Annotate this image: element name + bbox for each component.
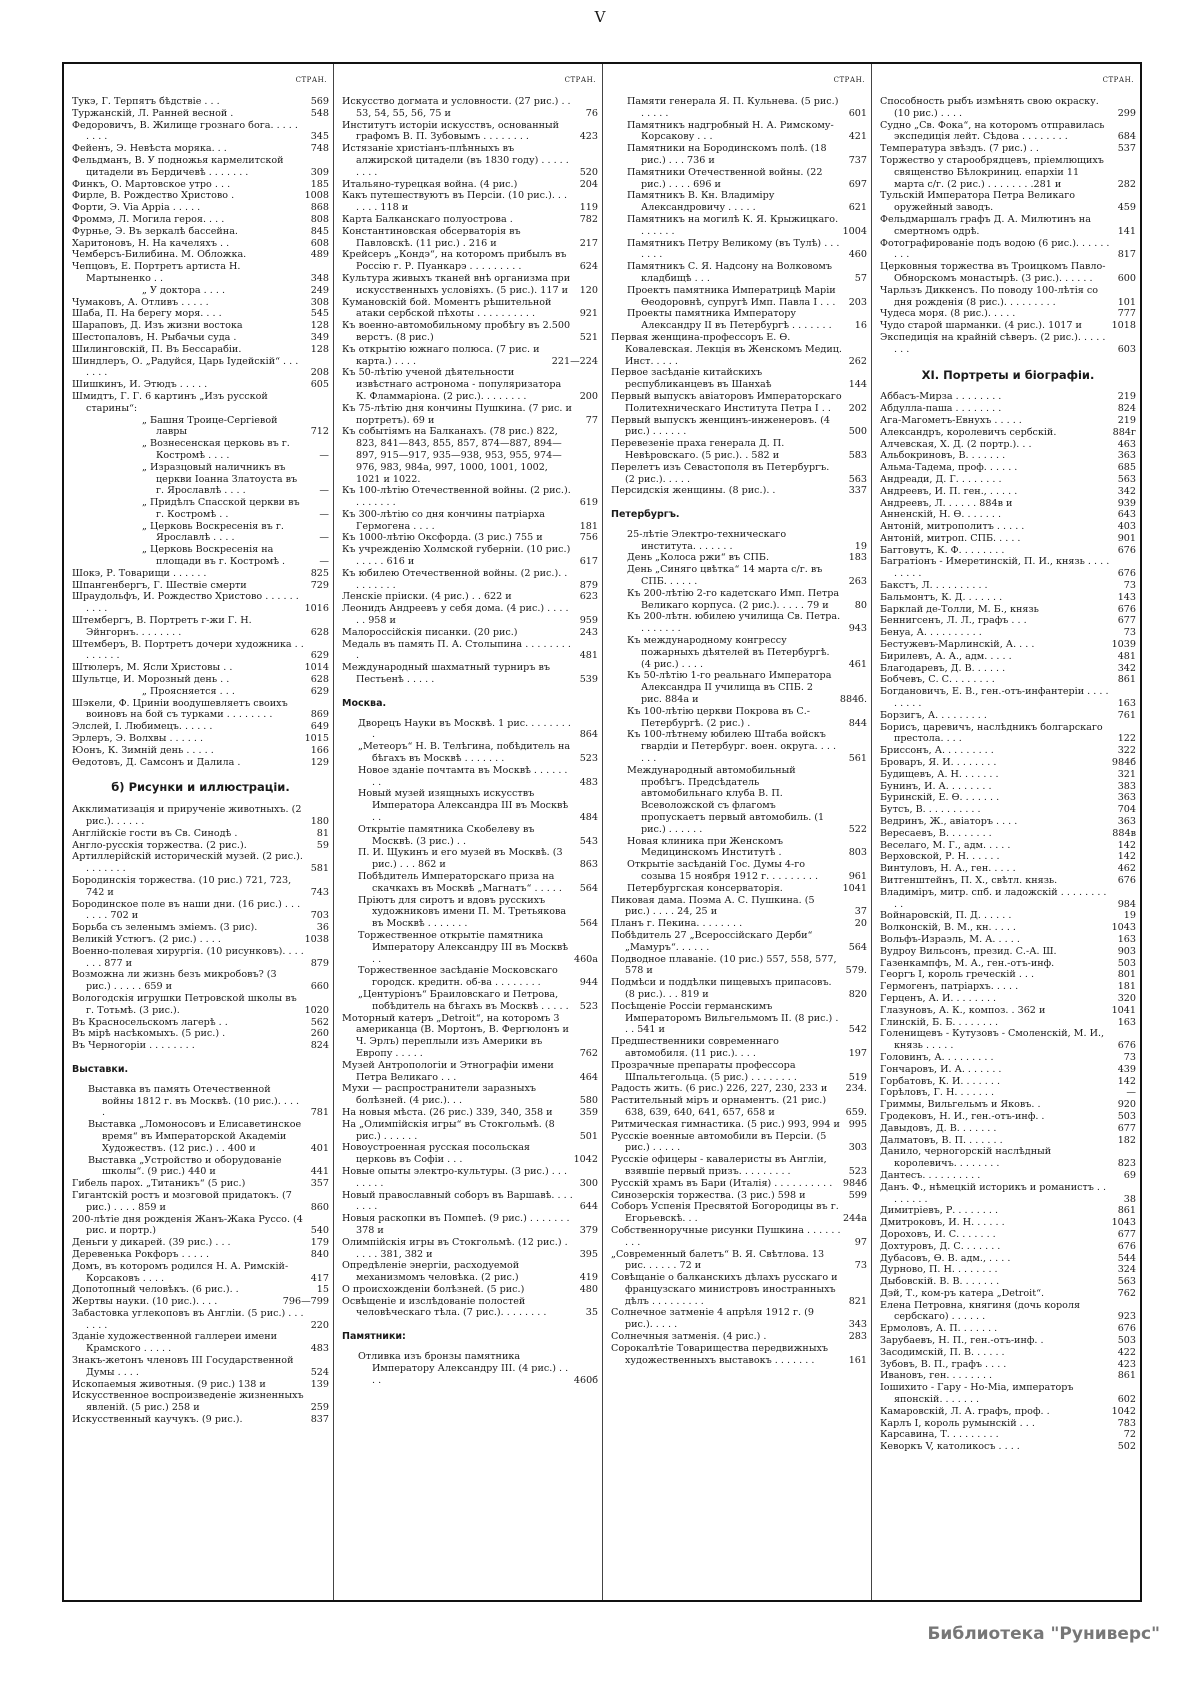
entry-page-ref: 522 — [842, 824, 867, 836]
entry-title: Экспедиція на крайній сѣверъ. (2 рис.). … — [880, 332, 1111, 356]
entry-title: Къ 50-лѣтію 1-го реальнаго Императора Ал… — [611, 670, 837, 705]
entry-page-ref: 1020 — [302, 1005, 329, 1017]
index-entry: Новый музей изящныхъ искусствъ Император… — [342, 788, 598, 823]
index-entry: Къ открытію южнаго полюса. (7 рис. и кар… — [342, 344, 598, 368]
entry-page-ref: 483 — [304, 1343, 329, 1355]
index-entry: Военно-полевая хирургія. (10 рисунковъ).… — [72, 946, 329, 970]
entry-page-ref: 463 — [1111, 439, 1136, 451]
index-entry: Войнаровскій, П. Д. . . . . .19 — [880, 910, 1136, 922]
entry-page-ref: 539 — [573, 674, 598, 686]
entry-page-ref: 220 — [304, 1320, 329, 1332]
entry-title: Деревенька Рокфоръ . . . . . — [72, 1249, 304, 1261]
entry-page-ref: 677 — [1111, 1123, 1136, 1135]
index-entry: День „Синяго цвѣтка“ 14 марта с/г. въ СП… — [611, 564, 867, 588]
entry-title: Памятники Отечественной войны. (22 рис.)… — [611, 167, 842, 191]
entry-title: О происхожденіи болѣзней. (5 рис.) — [342, 1284, 573, 1296]
entry-title: „ Вознесенская церковь въ г. Костромѣ . … — [72, 438, 304, 462]
entry-page-ref: 884г — [1110, 427, 1136, 439]
index-entry: Богдановичъ, Е. В., ген.-отъ-инфантеріи … — [880, 686, 1136, 710]
index-entry: Шараповъ, Д. Изъ жизни востока128 — [72, 320, 329, 332]
index-entry: Горбатовъ, К. И. . . . . . .142 — [880, 1076, 1136, 1088]
index-entry: Знакъ-жетонъ членовъ III Государственной… — [72, 1355, 329, 1379]
entry-title: Гигантскій ростъ и мозговой придатокъ. (… — [72, 1190, 304, 1214]
entry-title: Первый выпускъ женщинъ-инженеровъ. (4 ри… — [611, 415, 842, 439]
entry-title: Дубасовъ, Ѳ. В. адм., . . . . — [880, 1253, 1111, 1265]
index-entry: Къ военно-автомобильному пробѣгу въ 2.50… — [342, 320, 598, 344]
entry-page-ref: 122 — [1111, 733, 1136, 745]
index-entry: Выставка „Ломоносовъ и Елисаветинское вр… — [72, 1119, 329, 1154]
index-entry: Багговутъ, К. Ф. . . . . . . .676 — [880, 545, 1136, 557]
entry-page-ref: 37 — [842, 906, 867, 918]
index-entry: Новоустроенная русская посольская церков… — [342, 1142, 598, 1166]
entry-page-ref: 129 — [304, 757, 329, 769]
entry-page-ref: 756 — [573, 532, 598, 544]
entry-page-ref: 73 — [842, 1260, 867, 1272]
index-entry: Чудеса моря. (8 рис.). . . . .777 — [880, 308, 1136, 320]
index-entry: Чарльзъ Диккенсъ. По поводу 100-лѣтія со… — [880, 285, 1136, 309]
entry-page-ref: 944 — [573, 977, 598, 989]
index-entry: Культура живыхъ тканей внѣ организма при… — [342, 273, 598, 297]
entry-page-ref: 72 — [1111, 1429, 1136, 1441]
index-page-frame: СТРАН. Тукэ, Г. Терпятъ бѣдствіе . . .56… — [62, 62, 1142, 1602]
entry-page-ref: 422 — [1111, 1347, 1136, 1359]
entry-page-ref: 357 — [304, 1178, 329, 1190]
entry-title: Головинъ, А. . . . . . . . . — [880, 1052, 1111, 1064]
index-entry: Крейсеръ „Кондэ“, на которомъ прибылъ въ… — [342, 249, 598, 273]
entry-page-ref: 984 — [1111, 899, 1136, 911]
entry-title: Русскій храмъ въ Бари (Италія) . . . . .… — [611, 1178, 840, 1190]
entry-title: Броваръ, Я. И. . . . . . . . — [880, 757, 1109, 769]
entry-page-ref: 363 — [1111, 816, 1136, 828]
entry-page-ref: 142 — [1111, 1076, 1136, 1088]
entry-page-ref: 548 — [304, 108, 329, 120]
entry-title: Выставка „Устройство и оборудованіе школ… — [72, 1155, 304, 1179]
index-entry: Шиндлеръ, О. „Радуйся, Царь Іудейскій“ .… — [72, 356, 329, 380]
entry-title: Музей Антропологіи и Этнографіи имени Пе… — [342, 1060, 573, 1084]
entry-title: Вологодскія игрушки Петровской школы въ … — [72, 993, 302, 1017]
index-entry: Дороховъ, И. С. . . . . . .677 — [880, 1229, 1136, 1241]
index-entry: Засодимскій, П. В. . . . . .422 — [880, 1347, 1136, 1359]
entry-title: Домъ, въ которомъ родился Н. А. Римскій-… — [72, 1261, 304, 1285]
index-entry: Открытіе засѣданій Гос. Думы 4-го созыва… — [611, 859, 867, 883]
index-entry: Чудо старой шарманки. (4 рис.). 1017 и10… — [880, 320, 1136, 332]
index-entry: П. И. Щукинъ и его музей въ Москвѣ. (3 р… — [342, 847, 598, 871]
entry-title: Фотографированіе подъ водою (6 рис.). . … — [880, 238, 1111, 262]
entry-page-ref: 823 — [1111, 1158, 1136, 1170]
entry-page-ref: 545 — [304, 308, 329, 320]
entry-title: Памятники на Бородинскомъ полѣ. (18 рис.… — [611, 143, 842, 167]
index-entry: Дыбовскій. В. В. . . . . . .563 — [880, 1276, 1136, 1288]
index-entry: Ага-Магометъ-Евнухъ . . . . .219 — [880, 415, 1136, 427]
entry-page-ref: 961 — [842, 871, 867, 883]
entry-page-ref: 649 — [304, 721, 329, 733]
page-column-header: СТРАН. — [72, 68, 329, 96]
entry-page-ref: 923 — [1111, 1311, 1136, 1323]
entry-page-ref: 19 — [842, 541, 867, 553]
entry-page-ref: 16 — [842, 320, 867, 332]
entry-title: Въ Красносельскомъ лагерѣ . . — [72, 1017, 304, 1029]
index-entry: Анненскій, Н. Ѳ. . . . . . .643 — [880, 509, 1136, 521]
index-entry: Открытіе памятника Скобелеву въ Москвѣ. … — [342, 824, 598, 848]
entry-title: Штюлеръ, М. Ясли Христовы . . — [72, 662, 302, 674]
entry-title: Кеворкъ V, католикосъ . . . . — [880, 1441, 1111, 1453]
entry-page-ref: 460а — [571, 954, 598, 966]
index-entry: Головинъ, А. . . . . . . . .73 — [880, 1052, 1136, 1064]
index-entry: Глинскій, Б. Б. . . . . . . .163 — [880, 1017, 1136, 1029]
entry-page-ref: 484 — [573, 812, 598, 824]
entry-page-ref: 1015 — [302, 733, 329, 745]
entry-title: Новая клиника при Женскомъ Медицинскомъ … — [611, 836, 842, 860]
index-entry: Способность рыбъ измѣнять свою окраску. … — [880, 96, 1136, 120]
index-entry: Гончаровъ, И. А. . . . . . .439 — [880, 1064, 1136, 1076]
entry-page-ref: 185 — [304, 179, 329, 191]
entry-title: Къ военно-автомобильному пробѣгу въ 2.50… — [342, 320, 573, 344]
entry-title: Памятникъ надгробный Н. А. Римскому-Корс… — [611, 120, 842, 144]
index-entry: Фейенъ, Э. Невѣста моряка. . .748 — [72, 143, 329, 155]
entry-title: Антоній, митроп. СПБ. . . . . — [880, 533, 1111, 545]
entry-title: Сорокалѣтіе Товарищества передвижныхъ ху… — [611, 1343, 842, 1367]
index-entry: Борьба съ зеленымъ зміемъ. (3 рис).36 — [72, 922, 329, 934]
index-entry: Фирле, В. Рождество Христово .1008 — [72, 190, 329, 202]
entry-title: Солнечныя затменія. (4 рис.) . — [611, 1331, 842, 1343]
entry-title: Вольфъ-Израэль, М. А. . . . . — [880, 934, 1111, 946]
entry-title: Штембергъ, В. Портретъ г-жи Г. Н. Эйнгор… — [72, 615, 304, 639]
entry-title: День „Синяго цвѣтка“ 14 марта с/г. въ СП… — [611, 564, 842, 588]
entry-page-ref: 180 — [304, 816, 329, 828]
entry-title: Чемберсъ-Билибина. М. Обложка. — [72, 249, 304, 261]
entry-title: Константиновская обсерваторія въ Павловс… — [342, 226, 573, 250]
entry-page-ref: 163 — [1111, 934, 1136, 946]
entry-page-ref: 801 — [1111, 969, 1136, 981]
entry-page-ref: 57 — [842, 273, 867, 285]
index-entry: Благодаревъ, Д. В. . . . . .342 — [880, 663, 1136, 675]
entry-page-ref: 503 — [1111, 958, 1136, 970]
entry-page-ref: 783 — [1111, 1418, 1136, 1430]
entry-page-ref: 729 — [304, 580, 329, 592]
entry-page-ref: 1041 — [840, 883, 867, 895]
index-entry: Экспедиція на крайній сѣверъ. (2 рис.). … — [880, 332, 1136, 356]
entry-page-ref: 363 — [1111, 792, 1136, 804]
entry-title: Въ Черногоріи . . . . . . . . — [72, 1040, 304, 1052]
entry-page-ref: 697 — [842, 179, 867, 191]
entry-page-ref: 840 — [304, 1249, 329, 1261]
index-entry: Чумаковъ, А. Отливъ . . . . .308 — [72, 297, 329, 309]
index-entry: Тукэ, Г. Терпятъ бѣдствіе . . .569 — [72, 96, 329, 108]
entry-page-ref: 803 — [842, 847, 867, 859]
index-entry: Бальмонтъ, К. Д. . . . . . .143 — [880, 592, 1136, 604]
entry-page-ref: 676 — [1111, 1040, 1136, 1052]
entry-page-ref: 581 — [304, 863, 329, 875]
index-entry: Штюлеръ, М. Ясли Христовы . .1014 — [72, 662, 329, 674]
entry-page-ref: 861 — [1111, 1205, 1136, 1217]
entry-title: Бородинскія торжества. (10 рис.) 721, 72… — [72, 875, 304, 899]
entry-title: Къ 50-лѣтію ученой дѣятельности извѣстна… — [342, 367, 573, 402]
index-entry: Алчевская, Х. Д. (2 портр.). . .463 — [880, 439, 1136, 451]
index-entry: Константиновская обсерваторія въ Павловс… — [342, 226, 598, 250]
entry-title: Перелетъ изъ Севастополя въ Петербургъ. … — [611, 462, 842, 486]
entry-title: Къ международному конгрессу пожарныхъ дѣ… — [611, 635, 842, 670]
index-entry: Шпангенбергъ, Г. Шествіе смерти729 — [72, 580, 329, 592]
index-entry: Къ 50-лѣтію ученой дѣятельности извѣстна… — [342, 367, 598, 402]
index-entry: Прозрачные препараты профессора Шпальтег… — [611, 1060, 867, 1084]
entry-page-ref: 579. — [842, 965, 867, 977]
entry-page-ref: 845 — [304, 226, 329, 238]
index-entry: Собственноручные рисунки Пушкина . . . .… — [611, 1225, 867, 1249]
index-entry: Русскіе военные автомобили въ Персіи. (5… — [611, 1131, 867, 1155]
index-entry: Фотографированіе подъ водою (6 рис.). . … — [880, 238, 1136, 262]
entry-page-ref: 523 — [573, 753, 598, 765]
index-entry: Къ 200-лѣтн. юбилею училища Св. Петра. .… — [611, 611, 867, 635]
index-entry: Къ международному конгрессу пожарныхъ дѣ… — [611, 635, 867, 670]
entry-page-ref: 348 — [304, 273, 329, 285]
entry-title: Деньги у дикарей. (39 рис.) . . . — [72, 1237, 304, 1249]
entry-title: Ермоловъ, А. П. . . . . . . — [880, 1323, 1111, 1335]
index-entry: Бирилевъ, А. А., адм. . . . .481 — [880, 651, 1136, 663]
entry-page-ref: 81 — [304, 828, 329, 840]
index-entry: Выставка „Устройство и оборудованіе школ… — [72, 1155, 329, 1179]
section-heading-illustrations: б) Рисунки и иллюстраціи. — [72, 782, 329, 794]
entry-title: „ Изразцовый наличникъ въ церкви Іоанна … — [72, 462, 304, 497]
entry-title: Первый выпускъ авіаторовъ Императорскаго… — [611, 391, 842, 415]
entry-title: Выставка „Ломоносовъ и Елисаветинское вр… — [72, 1119, 304, 1154]
entry-title: Шилинговскій, П. Въ Бессарабіи. — [72, 344, 304, 356]
entry-title: Войнаровскій, П. Д. . . . . . — [880, 910, 1111, 922]
index-entry: Беннигсенъ, Л. Л., графъ . . .677 — [880, 615, 1136, 627]
entry-page-ref: 762 — [1111, 1288, 1136, 1300]
entry-title: Карлъ I, король румынскій . . . — [880, 1418, 1111, 1430]
index-entry: Къ событіямъ на Балканахъ. (78 рис.) 822… — [342, 426, 598, 485]
entry-page-ref: 423 — [573, 131, 598, 143]
entry-page-ref: 141 — [1111, 226, 1136, 238]
entry-page-ref: 605 — [304, 379, 329, 391]
entry-page-ref: 142 — [1111, 851, 1136, 863]
index-entry: Какъ путешествуютъ въ Персіи. (10 рис.).… — [342, 190, 598, 214]
index-entry: Сорокалѣтіе Товарищества передвижныхъ ху… — [611, 1343, 867, 1367]
index-entry: Памятникъ Петру Великому (въ Тулѣ) . . .… — [611, 238, 867, 262]
entry-page-ref: 676 — [1111, 568, 1136, 580]
index-entry: Ритмическая гимнастика. (5 рис.) 993, 99… — [611, 1119, 867, 1131]
index-entry: Медаль въ память П. А. Столыпина . . . .… — [342, 639, 598, 663]
index-entry: Антоній, митроп. СПБ. . . . .901 — [880, 533, 1136, 545]
index-entry: Подмѣси и поддѣлки пищевыхъ припасовъ. (… — [611, 977, 867, 1001]
index-entry: Памятникъ В. Кн. Владиміру Александрович… — [611, 190, 867, 214]
entry-title: Малороссійскія писанки. (20 рис.) — [342, 627, 573, 639]
entry-title: Первая женщина-профессоръ Е. Ѳ. Ковалевс… — [611, 332, 842, 367]
entry-title: Газенкампфъ, М. А., ген.-отъ-инф. — [880, 958, 1111, 970]
entry-title: Гибель парох. „Титаникъ“ (5 рис.) — [72, 1178, 304, 1190]
index-entry: Жертвы науки. (10 рис.). . . .796—799 — [72, 1296, 329, 1308]
index-entry: Планъ г. Пекина. . . . . . . .20 — [611, 918, 867, 930]
index-entry: Ведринъ, Ж., авіаторъ . . . .363 — [880, 816, 1136, 828]
entry-page-ref: 984б — [840, 1178, 867, 1190]
entry-title: Борьба съ зеленымъ зміемъ. (3 рис). — [72, 922, 304, 934]
index-entry: Забастовка углекоповъ въ Англіи. (5 рис.… — [72, 1308, 329, 1332]
entry-page-ref: 524 — [304, 1367, 329, 1379]
entry-title: Альбокриновъ, В. . . . . . . — [880, 450, 1111, 462]
entry-page-ref: 1014 — [302, 662, 329, 674]
entry-title: Абдулла-паша . . . . . . . . — [880, 403, 1111, 415]
index-entry: Фурнье, Э. Въ зеркалѣ бассейна.845 — [72, 226, 329, 238]
index-entry: Шестопаловъ, Н. Рыбачьи суда .349 — [72, 332, 329, 344]
entry-page-ref: 901 — [1111, 533, 1136, 545]
entry-page-ref: 1042 — [1109, 1406, 1136, 1418]
index-entry: Эрлеръ, Э. Волхвы . . . . . .1015 — [72, 733, 329, 745]
entry-title: Подводное плаваніе. (10 рис.) 557, 558, … — [611, 954, 842, 978]
index-entry: Юонъ, К. Зимній день . . . . .166 — [72, 745, 329, 757]
entry-page-ref: 920 — [1111, 1099, 1136, 1111]
entry-title: Дороховъ, И. С. . . . . . . — [880, 1229, 1111, 1241]
entry-page-ref: 562 — [304, 1017, 329, 1029]
entry-page-ref: 659. — [842, 1107, 867, 1119]
entry-page-ref: 163 — [1111, 1017, 1136, 1029]
entry-page-ref: 629 — [304, 686, 329, 698]
index-entry: Елена Петровна, княгиня (дочь короля сер… — [880, 1300, 1136, 1324]
index-entry: Карлъ I, король румынскій . . .783 — [880, 1418, 1136, 1430]
index-entry: Гриммы, Вильгельмъ и Яковъ. .920 — [880, 1099, 1136, 1111]
index-entry: Памятникъ надгробный Н. А. Римскому-Корс… — [611, 120, 867, 144]
index-entry: Искусственное воспроизведеніе жизненныхъ… — [72, 1390, 329, 1414]
entry-page-ref: 563 — [1111, 1276, 1136, 1288]
entry-page-ref: 685 — [1111, 462, 1136, 474]
entry-page-ref: 563 — [1111, 474, 1136, 486]
entry-title: Голенищевъ - Кутузовъ - Смоленскій, М. И… — [880, 1028, 1111, 1052]
entry-title: День „Колоса ржи“ въ СПБ. — [611, 552, 842, 564]
index-entry: Іошихито - Гару - Но-Міа, императоръ япо… — [880, 1382, 1136, 1406]
entry-page-ref: 283 — [842, 1331, 867, 1343]
entry-page-ref: 825 — [304, 568, 329, 580]
entry-page-ref: 564 — [842, 942, 867, 954]
entry-title: Акклиматизація и прирученіе животныхъ. (… — [72, 804, 304, 828]
entry-title: Посѣщеніе Россіи германскимъ Императором… — [611, 1001, 842, 1036]
entry-title: Эрлеръ, Э. Волхвы . . . . . . — [72, 733, 302, 745]
entry-title: Истязаніе христіанъ-плѣнныхъ въ алжирско… — [342, 143, 573, 178]
index-entry: Итальяно-турецкая война. (4 рис.)204 — [342, 179, 598, 191]
entry-title: Шиндлеръ, О. „Радуйся, Царь Іудейскій“ .… — [72, 356, 304, 380]
entry-title: Бестужевъ-Марлинскій, А. . . . — [880, 639, 1109, 651]
entry-page-ref: 580 — [573, 1095, 598, 1107]
entry-page-ref: 824 — [304, 1040, 329, 1052]
index-entry: Веселаго, М. Г., адм. . . . .142 — [880, 840, 1136, 852]
entry-page-ref: 363 — [1111, 450, 1136, 462]
index-entry: Совѣщаніе о балканскихъ дѣлахъ русскаго … — [611, 1272, 867, 1307]
index-entry: Шилинговскій, П. Въ Бессарабіи.128 — [72, 344, 329, 356]
entry-title: Чудеса моря. (8 рис.). . . . . — [880, 308, 1111, 320]
entry-page-ref: 601 — [842, 108, 867, 120]
index-entry: Деньги у дикарей. (39 рис.) . . .179 — [72, 1237, 329, 1249]
subheading-monuments: Памятники: — [342, 1331, 598, 1343]
index-entry: О происхожденіи болѣзней. (5 рис.)480 — [342, 1284, 598, 1296]
index-entry: Броваръ, Я. И. . . . . . . .984б — [880, 757, 1136, 769]
entry-title: Благодаревъ, Д. В. . . . . . — [880, 663, 1111, 675]
entry-title: Дворецъ Науки въ Москвѣ. 1 рис. . . . . … — [342, 718, 573, 742]
entry-page-ref: 860 — [304, 1202, 329, 1214]
entry-page-ref: 200 — [573, 391, 598, 403]
entry-title: Дохтуровъ, Д. С. . . . . . . — [880, 1241, 1111, 1253]
entry-title: Барклай де-Толли, М. Б., князь — [880, 604, 1111, 616]
index-entry: Русскій храмъ въ Бари (Италія) . . . . .… — [611, 1178, 867, 1190]
entry-page-ref: 73 — [1111, 627, 1136, 639]
index-entry: Къ 300-лѣтію со дня кончины патріарха Ге… — [342, 509, 598, 533]
entry-page-ref: 77 — [573, 415, 598, 427]
index-entry: Андреевъ, Л. . . . . . 884в и939 — [880, 498, 1136, 510]
page-column-header: СТРАН. — [342, 68, 598, 96]
index-entry: Зарубаевъ, Н. П., ген.-отъ-инф. .503 — [880, 1335, 1136, 1347]
index-entry: На „Олимпійскія игры“ въ Стокгольмѣ. (8 … — [342, 1119, 598, 1143]
index-entry: Новые опыты электро-культуры. (3 рис.) .… — [342, 1166, 598, 1190]
entry-title: Іошихито - Гару - Но-Міа, императоръ япо… — [880, 1382, 1111, 1406]
index-entry: Выставка въ память Отечественной войны 1… — [72, 1084, 329, 1119]
entry-title: Къ 100-лѣтію Отечественной войны. (2 рис… — [342, 485, 573, 509]
entry-page-ref: 439 — [1111, 1064, 1136, 1076]
index-entry: Альма-Тадема, проф. . . . . .685 — [880, 462, 1136, 474]
entry-title: Тульскій Императора Петра Великаго оруже… — [880, 190, 1111, 214]
entry-page-ref: 519 — [842, 1072, 867, 1084]
index-entry: Къ 100-лѣтію церкви Покрова въ С.-Петерб… — [611, 706, 867, 730]
entry-title: Церковныя торжества въ Троицкомъ Павло-О… — [880, 261, 1111, 285]
entry-page-ref: 861 — [1111, 674, 1136, 686]
entry-title: Шмидтъ, Г. Г. 6 картинъ „Изъ русской ста… — [72, 391, 304, 415]
entry-title: Далматовъ, В. П. . . . . . . — [880, 1135, 1111, 1147]
index-entry: „ Вознесенская церковь въ г. Костромѣ . … — [72, 438, 329, 462]
entry-title: Чудо старой шарманки. (4 рис.). 1017 и — [880, 320, 1109, 332]
entry-title: Судно „Св. Фока“, на которомъ отправилас… — [880, 120, 1111, 144]
entry-page-ref: 359 — [573, 1107, 598, 1119]
entry-title: Багговутъ, К. Ф. . . . . . . . — [880, 545, 1111, 557]
entry-page-ref: 617 — [573, 556, 598, 568]
entry-page-ref: 624 — [573, 261, 598, 273]
entry-title: Андреевъ, И. П. ген., . . . . . — [880, 486, 1111, 498]
entry-title: Первое засѣданіе китайскихъ республиканц… — [611, 367, 842, 391]
entry-page-ref: 204 — [573, 179, 598, 191]
entry-page-ref: 343 — [842, 1319, 867, 1331]
index-entry: Зубовъ, В. П., графъ . . . .423 — [880, 1359, 1136, 1371]
entry-title: П. И. Щукинъ и его музей въ Москвѣ. (3 р… — [342, 847, 573, 871]
entry-title: Въ мірѣ насѣкомыхъ. (5 рис.) . — [72, 1028, 304, 1040]
entry-page-ref: 564 — [573, 883, 598, 895]
index-entry: Дмитроковъ, И. Н. . . . . .1043 — [880, 1217, 1136, 1229]
index-entry: Допотопный человѣкъ. (6 рис.). .15 — [72, 1284, 329, 1296]
entry-title: Допотопный человѣкъ. (6 рис.). . — [72, 1284, 304, 1296]
index-entry: Чемберсъ-Билибина. М. Обложка.489 — [72, 249, 329, 261]
index-entry: Шишкинъ, И. Этюдъ . . . . .605 — [72, 379, 329, 391]
index-entry: Солнечныя затменія. (4 рис.) .283 — [611, 1331, 867, 1343]
entry-title: Отливка изъ бронзы памятника Императору … — [342, 1351, 571, 1386]
entry-title: Моторный катеръ „Detroit“, на которомъ 3… — [342, 1013, 573, 1060]
entry-title: Шестопаловъ, Н. Рыбачьи суда . — [72, 332, 304, 344]
entry-title: Новый православный соборъ въ Варшавѣ. . … — [342, 1190, 573, 1214]
entry-page-ref: 143 — [1111, 592, 1136, 604]
entry-page-ref: 421 — [842, 131, 867, 143]
index-entry: Вологодскія игрушки Петровской школы въ … — [72, 993, 329, 1017]
index-entry: Андреади, Д. Г. . . . . . . .563 — [880, 474, 1136, 486]
index-entry: Торжество у старообрядцевъ, пріемлющихъ … — [880, 155, 1136, 190]
index-entry: Дохтуровъ, Д. С. . . . . . .676 — [880, 1241, 1136, 1253]
index-entry: Бутсъ, В. . . . . . . . . .704 — [880, 804, 1136, 816]
entry-title: Прозрачные препараты профессора Шпальтег… — [611, 1060, 842, 1084]
entry-title: Знакъ-жетонъ членовъ III Государственной… — [72, 1355, 304, 1379]
entry-title: Мухи — распространители заразныхъ болѣзн… — [342, 1083, 573, 1107]
entry-page-ref: 619 — [573, 497, 598, 509]
entry-title: Торжество у старообрядцевъ, пріемлющихъ … — [880, 155, 1111, 190]
entry-title: Фельдмаршалъ графъ Д. А. Милютинъ на сме… — [880, 214, 1111, 238]
entry-title: Совѣщаніе о балканскихъ дѣлахъ русскаго … — [611, 1272, 842, 1307]
index-entry: Витгенштейнъ, П. Х., свѣтл. князь.676 — [880, 875, 1136, 887]
index-entry: Мухи — распространители заразныхъ болѣзн… — [342, 1083, 598, 1107]
entry-page-ref: 868 — [304, 202, 329, 214]
index-entry: „ Башня Троице-Сергіевой лавры712 — [72, 415, 329, 439]
entry-title: Ѳедотовъ, Д. Самсонъ и Далила . — [72, 757, 304, 769]
entry-page-ref: 808 — [304, 214, 329, 226]
